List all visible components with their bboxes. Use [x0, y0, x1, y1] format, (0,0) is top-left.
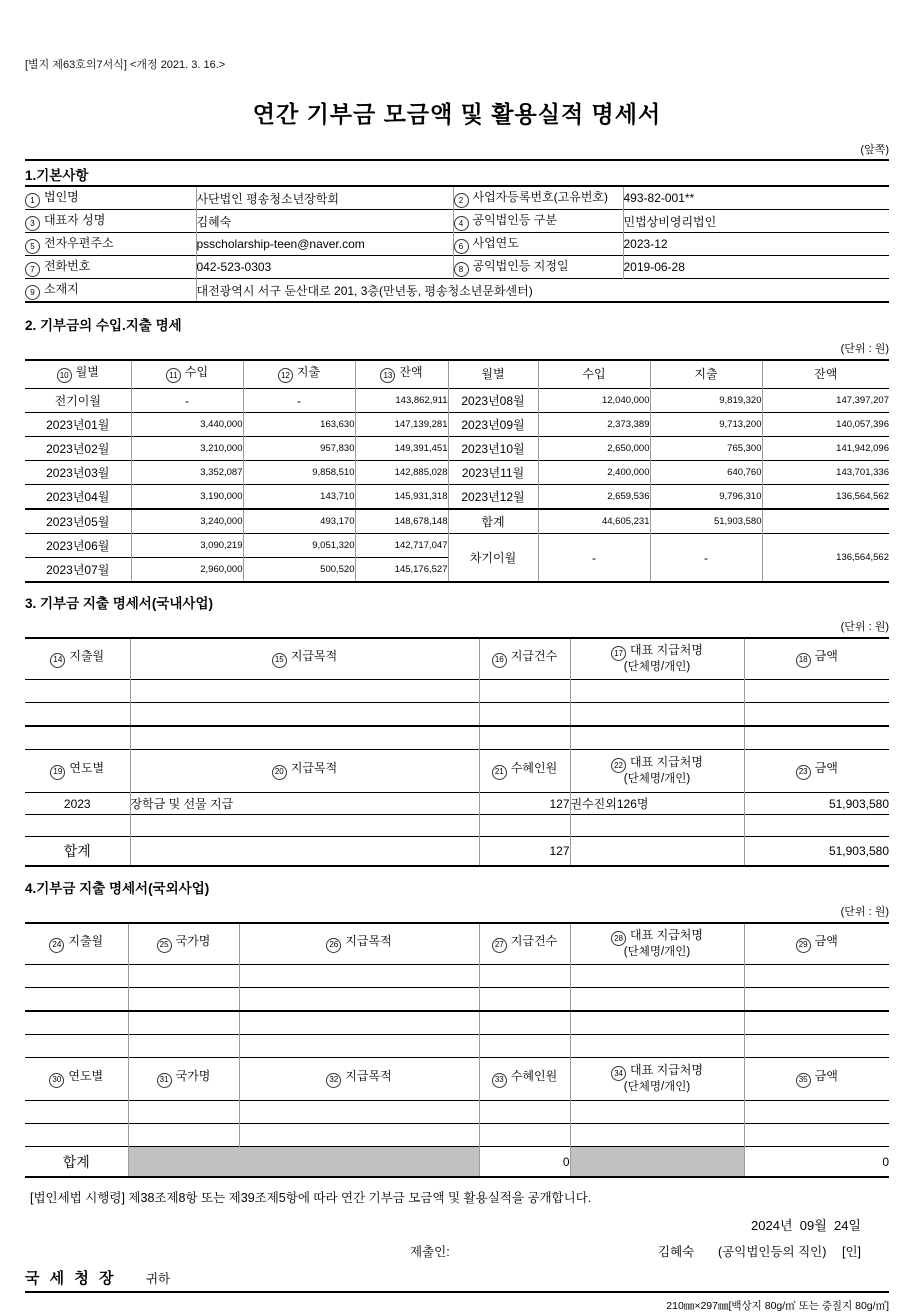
biz-year-label: 6사업연도	[453, 233, 623, 256]
report-date: 2024년 09월 24일	[25, 1215, 889, 1234]
empty-cell	[130, 703, 479, 727]
balance-cell: 145,176,527	[355, 558, 448, 583]
field-label: 전자우편주소	[44, 236, 114, 250]
carryover-income-cell: -	[538, 534, 650, 583]
empty-cell	[25, 703, 130, 727]
col-header-outgo: 12지출	[243, 360, 355, 389]
biz-year-value: 2023-12	[623, 233, 889, 256]
section4-heading: 4.기부금 지출 명세서(국외사업)	[25, 877, 889, 897]
empty-cell	[239, 1124, 479, 1147]
col-label: 대표 지급처명	[630, 755, 703, 769]
col-header-count: 27지급건수	[479, 923, 570, 965]
income-cell: 3,190,000	[131, 485, 243, 510]
month-row: 2023년06월 3,090,219 9,051,320 142,717,047…	[25, 534, 889, 558]
month-cell: 2023년04월	[25, 485, 131, 510]
col-label: 지급목적	[345, 1069, 391, 1083]
header-row: 14지출월 15지급목적 16지급건수 17대표 지급처명(단체명/개인) 18…	[25, 638, 889, 680]
balance-cell: 143,862,911	[355, 389, 448, 413]
circled-number: 27	[492, 938, 507, 953]
section3-heading: 3. 기부금 지출 명세서(국내사업)	[25, 592, 889, 612]
empty-cell	[479, 726, 570, 750]
empty-cell	[570, 1035, 744, 1058]
submitter-row: 제출인: 김혜숙 (공익법인등의 직인) [인]	[25, 1242, 889, 1260]
empty-cell	[130, 680, 479, 703]
circled-number: 25	[157, 938, 172, 953]
empty-row	[25, 815, 889, 837]
corp-name-label: 1법인명	[25, 186, 196, 210]
col-label: 연도별	[69, 761, 104, 775]
empty-cell	[570, 837, 744, 867]
col-label: 국가명	[176, 1069, 211, 1083]
seal-mark: [인]	[842, 1242, 861, 1260]
col-label: 금액	[815, 1069, 838, 1083]
reg-number-label: 2사업자등록번호(고유번호)	[453, 186, 623, 210]
circled-number: 33	[492, 1073, 507, 1088]
total-label-cell: 합계	[448, 509, 538, 534]
month-row: 전기이월 - - 143,862,911 2023년08월 12,040,000…	[25, 389, 889, 413]
col-header-month2: 월별	[448, 360, 538, 389]
outgo-cell: 143,710	[243, 485, 355, 510]
circled-number: 9	[25, 285, 40, 300]
circled-number: 17	[611, 646, 626, 661]
balance-cell: 145,931,318	[355, 485, 448, 510]
outgo-cell: 765,300	[650, 437, 762, 461]
empty-cell	[128, 988, 239, 1012]
col-header-amount: 29금액	[744, 923, 889, 965]
income-cell: -	[131, 389, 243, 413]
col-header-purpose: 26지급목적	[239, 923, 479, 965]
col-header-country: 25국가명	[128, 923, 239, 965]
empty-cell	[25, 1011, 128, 1035]
month-row: 2023년03월 3,352,087 9,858,510 142,885,028…	[25, 461, 889, 485]
month-cell: 2023년08월	[448, 389, 538, 413]
circled-number: 30	[49, 1073, 64, 1088]
year-cell: 2023	[25, 793, 130, 815]
empty-cell	[25, 1035, 128, 1058]
outgo-cell: 9,858,510	[243, 461, 355, 485]
month-row: 2023년04월 3,190,000 143,710 145,931,318 2…	[25, 485, 889, 510]
month-cell: 2023년11월	[448, 461, 538, 485]
field-label: 공익법인등 구분	[473, 213, 557, 227]
empty-cell	[128, 965, 239, 988]
balance-cell: 147,397,207	[762, 389, 889, 413]
empty-row	[25, 1011, 889, 1035]
corp-name-value: 사단법인 평송청소년장학회	[196, 186, 453, 210]
empty-cell	[479, 703, 570, 727]
col-label: 대표 지급처명	[630, 643, 703, 657]
col-header-year: 19연도별	[25, 750, 130, 793]
income-cell: 2,400,000	[538, 461, 650, 485]
section2-heading: 2. 기부금의 수입.지출 명세	[25, 314, 889, 334]
outgo-cell: 957,830	[243, 437, 355, 461]
empty-cell	[239, 1101, 479, 1124]
month-row: 2023년05월 3,240,000 493,170 148,678,148 합…	[25, 509, 889, 534]
empty-cell	[25, 988, 128, 1012]
total-label-cell: 합계	[25, 1147, 128, 1178]
empty-cell	[479, 1035, 570, 1058]
empty-cell	[239, 1011, 479, 1035]
balance-cell: 136,564,562	[762, 485, 889, 510]
circled-number: 21	[492, 765, 507, 780]
circled-number: 20	[272, 765, 287, 780]
field-label: 전화번호	[44, 259, 90, 273]
circled-number: 31	[157, 1073, 172, 1088]
phone-value: 042-523-0303	[196, 256, 453, 279]
empty-cell	[25, 726, 130, 750]
total-count-cell: 127	[479, 837, 570, 867]
table-row: 7전화번호 042-523-0303 8공익법인등 지정일 2019-06-28	[25, 256, 889, 279]
col-header-payee: 17대표 지급처명(단체명/개인)	[570, 638, 744, 680]
recipient-title: 국 세 청 장	[25, 1270, 116, 1287]
empty-cell	[744, 703, 889, 727]
table-row: 1법인명 사단법인 평송청소년장학회 2사업자등록번호(고유번호) 493-82…	[25, 186, 889, 210]
recipient-suffix: 귀하	[146, 1272, 170, 1286]
table-row: 5전자우편주소 psscholarship-teen@naver.com 6사업…	[25, 233, 889, 256]
empty-cell	[744, 1035, 889, 1058]
outgo-cell: 640,760	[650, 461, 762, 485]
beneficiary-count-cell: 127	[479, 793, 570, 815]
empty-cell	[128, 1035, 239, 1058]
col-label: 지출월	[69, 649, 104, 663]
empty-cell	[570, 988, 744, 1012]
month-cell: 2023년09월	[448, 413, 538, 437]
shaded-cell	[128, 1147, 479, 1178]
balance-cell: 148,678,148	[355, 509, 448, 534]
income-cell: 3,240,000	[131, 509, 243, 534]
carryover-balance-cell: 136,564,562	[762, 534, 889, 583]
field-label: 대표자 성명	[44, 213, 105, 227]
balance-cell: 140,057,396	[762, 413, 889, 437]
domestic-outgo-table: 14지출월 15지급목적 16지급건수 17대표 지급처명(단체명/개인) 18…	[25, 637, 889, 867]
circled-number: 29	[796, 938, 811, 953]
yearly-data-row: 2023 장학금 및 선물 지급 127 권수진외126명 51,903,580	[25, 793, 889, 815]
outgo-cell: 9,051,320	[243, 534, 355, 558]
circled-number: 5	[25, 239, 40, 254]
org-type-value: 민법상비영리법인	[623, 210, 889, 233]
table-row: 9소재지 대전광역시 서구 둔산대로 201, 3층(만년동, 평송청소년문화센…	[25, 279, 889, 303]
paper-spec: 210㎜×297㎜[백상지 80g/㎡ 또는 중질지 80g/㎡]	[25, 1298, 889, 1313]
circled-number: 4	[454, 216, 469, 231]
email-label: 5전자우편주소	[25, 233, 196, 256]
empty-cell	[128, 1101, 239, 1124]
outgo-total-cell: 51,903,580	[650, 509, 762, 534]
empty-cell	[570, 815, 744, 837]
income-cell: 2,373,389	[538, 413, 650, 437]
month-cell: 2023년06월	[25, 534, 131, 558]
circled-number: 14	[50, 653, 65, 668]
col-header-income2: 수입	[538, 360, 650, 389]
empty-cell	[239, 965, 479, 988]
outgo-cell: 9,713,200	[650, 413, 762, 437]
empty-cell	[479, 815, 570, 837]
empty-cell	[130, 837, 479, 867]
empty-cell	[744, 680, 889, 703]
empty-cell	[570, 726, 744, 750]
header-row: 24지출월 25국가명 26지급목적 27지급건수 28대표 지급처명(단체명/…	[25, 923, 889, 965]
footer-rule	[25, 1291, 889, 1293]
empty-cell	[744, 1101, 889, 1124]
month-cell: 2023년03월	[25, 461, 131, 485]
empty-cell	[762, 509, 889, 534]
total-amount-cell: 51,903,580	[744, 837, 889, 867]
balance-cell: 147,139,281	[355, 413, 448, 437]
month-cell: 2023년12월	[448, 485, 538, 510]
circled-number: 12	[278, 368, 293, 383]
income-cell: 3,210,000	[131, 437, 243, 461]
total-count-cell: 0	[479, 1147, 570, 1178]
address-value: 대전광역시 서구 둔산대로 201, 3층(만년동, 평송청소년문화센터)	[196, 279, 889, 303]
empty-cell	[25, 815, 130, 837]
col-label: 수혜인원	[511, 761, 557, 775]
col-header-purpose: 15지급목적	[130, 638, 479, 680]
seal-note: (공익법인등의 직인)	[718, 1242, 826, 1260]
empty-cell	[570, 703, 744, 727]
income-cell: 3,352,087	[131, 461, 243, 485]
donation-report-form: [별지 제63호의7서식] <개정 2021. 3. 16.> 연간 기부금 모…	[0, 0, 914, 1282]
table-row: 3대표자 성명 김혜숙 4공익법인등 구분 민법상비영리법인	[25, 210, 889, 233]
col-header-payee: 28대표 지급처명(단체명/개인)	[570, 923, 744, 965]
col-label: 지급건수	[511, 649, 557, 663]
page-title: 연간 기부금 모금액 및 활용실적 명세서	[25, 96, 889, 129]
empty-cell	[570, 680, 744, 703]
empty-cell	[744, 1124, 889, 1147]
month-cell: 2023년07월	[25, 558, 131, 583]
balance-cell: 142,885,028	[355, 461, 448, 485]
circled-number: 10	[57, 368, 72, 383]
col-header-income: 11수입	[131, 360, 243, 389]
empty-cell	[744, 988, 889, 1012]
empty-cell	[479, 988, 570, 1012]
outgo-cell: 9,819,320	[650, 389, 762, 413]
circled-number: 34	[611, 1066, 626, 1081]
col-label: 금액	[815, 934, 838, 948]
outgo-cell: 163,630	[243, 413, 355, 437]
empty-row	[25, 726, 889, 750]
empty-cell	[479, 965, 570, 988]
circled-number: 35	[796, 1073, 811, 1088]
ceo-name-value: 김혜숙	[196, 210, 453, 233]
empty-cell	[744, 1011, 889, 1035]
circled-number: 1	[25, 193, 40, 208]
circled-number: 16	[492, 653, 507, 668]
field-label: 사업연도	[473, 236, 519, 250]
declaration-text: [법인세법 시행령] 제38조제8항 또는 제39조제5항에 따라 연간 기부금…	[25, 1188, 889, 1206]
empty-cell	[128, 1124, 239, 1147]
empty-row	[25, 988, 889, 1012]
empty-cell	[25, 1101, 128, 1124]
month-row: 2023년01월 3,440,000 163,630 147,139,281 2…	[25, 413, 889, 437]
col-header-balance2: 잔액	[762, 360, 889, 389]
col-label: 지급목적	[345, 934, 391, 948]
col-label: 금액	[815, 761, 838, 775]
empty-cell	[479, 1124, 570, 1147]
empty-row	[25, 703, 889, 727]
page-side-label: (앞쪽)	[25, 141, 889, 157]
empty-cell	[570, 1124, 744, 1147]
header-rule	[25, 159, 889, 161]
income-cell: 3,090,219	[131, 534, 243, 558]
reg-number-value: 493-82-001**	[623, 186, 889, 210]
col-header-outgo2: 지출	[650, 360, 762, 389]
month-cell: 2023년10월	[448, 437, 538, 461]
income-cell: 2,650,000	[538, 437, 650, 461]
total-amount-cell: 0	[744, 1147, 889, 1178]
header-row: 10월별 11수입 12지출 13잔액 월별 수입 지출 잔액	[25, 360, 889, 389]
col-header-month: 10월별	[25, 360, 131, 389]
col-label: 지출월	[68, 934, 103, 948]
col-header-balance: 13잔액	[355, 360, 448, 389]
empty-row	[25, 1124, 889, 1147]
submitter-name: 김혜숙	[658, 1242, 694, 1260]
circled-number: 23	[796, 765, 811, 780]
col-sublabel: (단체명/개인)	[571, 1081, 744, 1094]
col-label: 지급목적	[291, 649, 337, 663]
col-label: 지급목적	[291, 761, 337, 775]
empty-cell	[239, 1035, 479, 1058]
field-label: 공익법인등 지정일	[473, 259, 569, 273]
empty-cell	[744, 815, 889, 837]
carryover-outgo-cell: -	[650, 534, 762, 583]
empty-cell	[479, 1101, 570, 1124]
col-label: 대표 지급처명	[630, 1063, 703, 1077]
circled-number: 2	[454, 193, 469, 208]
income-total-cell: 44,605,231	[538, 509, 650, 534]
col-header-amount: 18금액	[744, 638, 889, 680]
col-label: 국가명	[176, 934, 211, 948]
field-label: 법인명	[44, 190, 79, 204]
field-label: 소재지	[44, 282, 79, 296]
circled-number: 19	[50, 765, 65, 780]
col-header-amount: 23금액	[744, 750, 889, 793]
col-sublabel: (단체명/개인)	[571, 946, 744, 959]
empty-cell	[570, 965, 744, 988]
empty-cell	[744, 726, 889, 750]
circled-number: 6	[454, 239, 469, 254]
circled-number: 24	[49, 938, 64, 953]
unit-label: (단위 : 원)	[25, 903, 889, 919]
amount-cell: 51,903,580	[744, 793, 889, 815]
month-cell: 전기이월	[25, 389, 131, 413]
circled-number: 13	[380, 368, 395, 383]
col-label: 금액	[815, 649, 838, 663]
org-type-label: 4공익법인등 구분	[453, 210, 623, 233]
empty-row	[25, 1101, 889, 1124]
col-label: 잔액	[399, 365, 422, 379]
empty-row	[25, 680, 889, 703]
outgo-cell: -	[243, 389, 355, 413]
col-header-count: 16지급건수	[479, 638, 570, 680]
empty-cell	[130, 815, 479, 837]
col-label: 월별	[76, 365, 99, 379]
col-label: 연도별	[68, 1069, 103, 1083]
circled-number: 7	[25, 262, 40, 277]
col-header-amount: 35금액	[744, 1058, 889, 1101]
total-row: 합계 0 0	[25, 1147, 889, 1178]
empty-cell	[128, 1011, 239, 1035]
recipient-row: 국 세 청 장 귀하	[25, 1267, 889, 1288]
purpose-cell: 장학금 및 선물 지급	[130, 793, 479, 815]
income-cell: 12,040,000	[538, 389, 650, 413]
circled-number: 15	[272, 653, 287, 668]
empty-cell	[25, 965, 128, 988]
form-code: [별지 제63호의7서식] <개정 2021. 3. 16.>	[25, 56, 889, 72]
circled-number: 18	[796, 653, 811, 668]
empty-cell	[570, 1011, 744, 1035]
col-header-country: 31국가명	[128, 1058, 239, 1101]
overseas-outgo-table: 24지출월 25국가명 26지급목적 27지급건수 28대표 지급처명(단체명/…	[25, 922, 889, 1178]
empty-cell	[744, 965, 889, 988]
income-cell: 2,960,000	[131, 558, 243, 583]
income-cell: 3,440,000	[131, 413, 243, 437]
circled-number: 22	[611, 758, 626, 773]
section1-heading: 1.기본사항	[25, 164, 889, 184]
outgo-cell: 500,520	[243, 558, 355, 583]
col-header-month: 24지출월	[25, 923, 128, 965]
circled-number: 32	[326, 1073, 341, 1088]
circled-number: 8	[454, 262, 469, 277]
col-label: 수입	[185, 365, 208, 379]
empty-row	[25, 1035, 889, 1058]
header-row: 30연도별 31국가명 32지급목적 33수혜인원 34대표 지급처명(단체명/…	[25, 1058, 889, 1101]
carryover-label-cell: 차기이월	[448, 534, 538, 583]
empty-cell	[239, 988, 479, 1012]
balance-cell: 141,942,096	[762, 437, 889, 461]
col-header-year: 30연도별	[25, 1058, 128, 1101]
balance-cell: 149,391,451	[355, 437, 448, 461]
col-header-beneficiaries: 33수혜인원	[479, 1058, 570, 1101]
empty-cell	[570, 1101, 744, 1124]
balance-cell: 143,701,336	[762, 461, 889, 485]
month-cell: 2023년02월	[25, 437, 131, 461]
circled-number: 26	[326, 938, 341, 953]
col-header-payee: 34대표 지급처명(단체명/개인)	[570, 1058, 744, 1101]
col-header-month: 14지출월	[25, 638, 130, 680]
ceo-name-label: 3대표자 성명	[25, 210, 196, 233]
col-header-purpose: 32지급목적	[239, 1058, 479, 1101]
empty-cell	[25, 1124, 128, 1147]
payee-cell: 권수진외126명	[570, 793, 744, 815]
outgo-cell: 9,796,310	[650, 485, 762, 510]
address-label: 9소재지	[25, 279, 196, 303]
total-row: 합계 127 51,903,580	[25, 837, 889, 867]
empty-row	[25, 965, 889, 988]
field-label: 사업자등록번호(고유번호)	[473, 190, 609, 204]
col-header-payee: 22대표 지급처명(단체명/개인)	[570, 750, 744, 793]
header-row: 19연도별 20지급목적 21수혜인원 22대표 지급처명(단체명/개인) 23…	[25, 750, 889, 793]
col-label: 지급건수	[511, 934, 557, 948]
col-label: 수혜인원	[511, 1069, 557, 1083]
empty-cell	[479, 680, 570, 703]
unit-label: (단위 : 원)	[25, 618, 889, 634]
col-header-purpose: 20지급목적	[130, 750, 479, 793]
col-sublabel: (단체명/개인)	[571, 661, 744, 674]
month-row: 2023년02월 3,210,000 957,830 149,391,451 2…	[25, 437, 889, 461]
phone-label: 7전화번호	[25, 256, 196, 279]
empty-cell	[25, 680, 130, 703]
designation-date-label: 8공익법인등 지정일	[453, 256, 623, 279]
income-cell: 2,659,536	[538, 485, 650, 510]
empty-cell	[479, 1011, 570, 1035]
total-label-cell: 합계	[25, 837, 130, 867]
col-sublabel: (단체명/개인)	[571, 773, 744, 786]
col-label: 대표 지급처명	[630, 928, 703, 942]
balance-cell: 142,717,047	[355, 534, 448, 558]
empty-cell	[130, 726, 479, 750]
basic-info-table: 1법인명 사단법인 평송청소년장학회 2사업자등록번호(고유번호) 493-82…	[25, 185, 889, 303]
month-cell: 2023년01월	[25, 413, 131, 437]
circled-number: 28	[611, 931, 626, 946]
income-outgo-table: 10월별 11수입 12지출 13잔액 월별 수입 지출 잔액 전기이월 - -…	[25, 359, 889, 583]
